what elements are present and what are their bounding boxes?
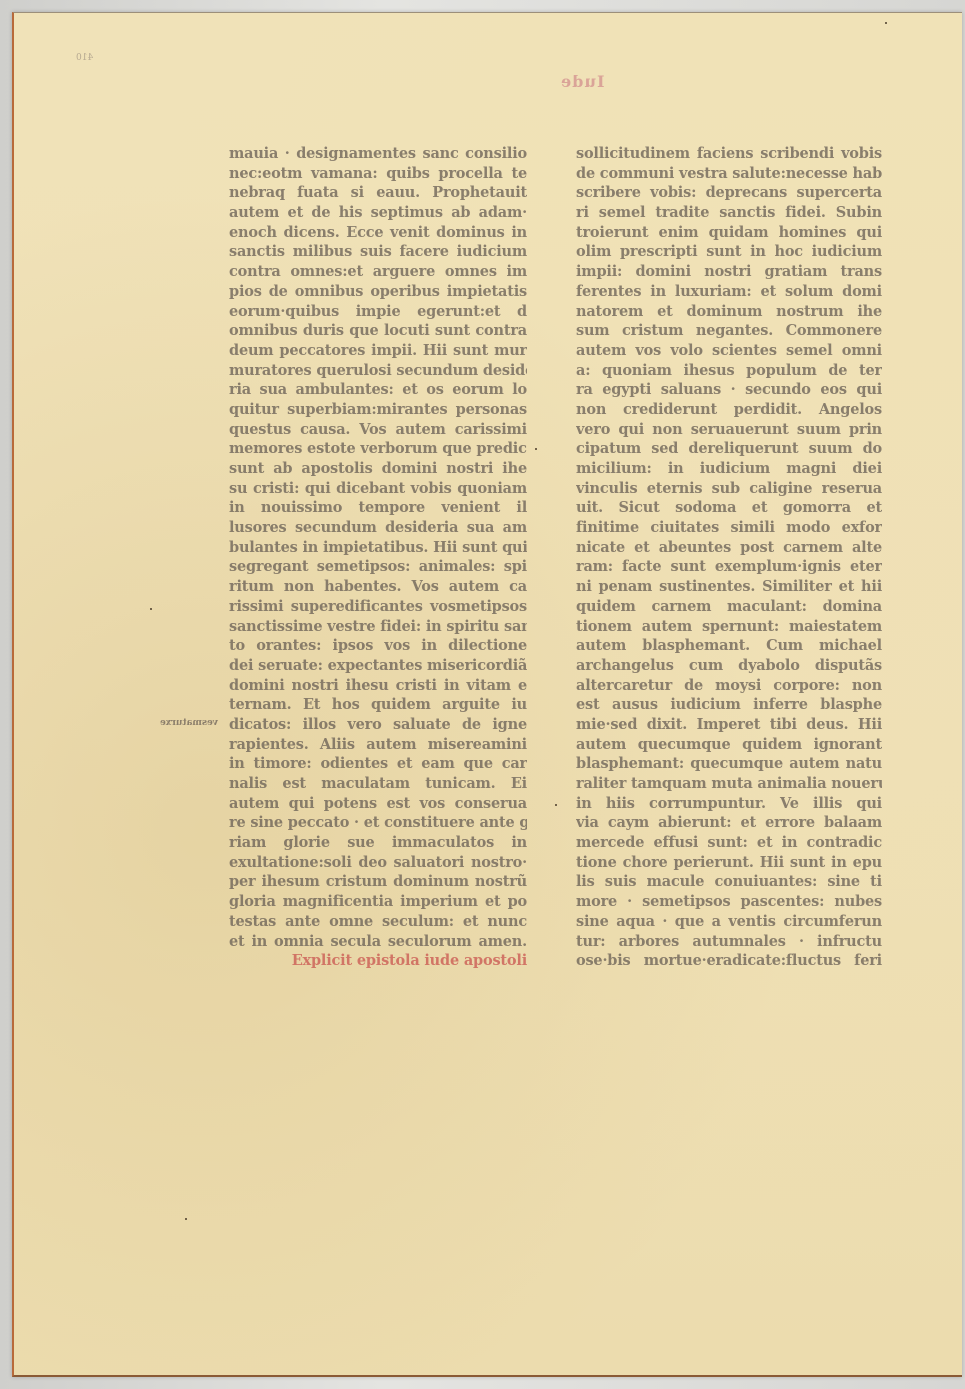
text-line: uit. Sicut sodoma et gomorra et [576, 498, 882, 518]
text-line: autem blasphemant. Cum michael [576, 636, 882, 656]
text-line: sunt ab apostolis domini nostri ihe [229, 459, 527, 479]
ink-speck [555, 804, 557, 806]
text-line: vinculis eternis sub caligine reserua [576, 479, 882, 499]
text-line: impii: domini nostri gratiam trans [576, 262, 882, 282]
text-column-right: sollicitudinem faciens scribendi vobisde… [576, 144, 882, 971]
text-line: est ausus iudicium inferre blasphe [576, 695, 882, 715]
text-column-left: mauia · designamentes sanc consilionec:e… [229, 144, 527, 971]
text-line: scribere vobis: deprecans supercerta [576, 183, 882, 203]
text-line: rapientes. Aliis autem misereamini [229, 735, 527, 755]
text-line: micilium: in iudicium magni diei [576, 459, 882, 479]
text-line: gloria magnificentia imperium et po [229, 892, 527, 912]
text-line: deum peccatores impii. Hii sunt mur [229, 341, 527, 361]
text-line: exultatione:soli deo saluatori nostro· [229, 853, 527, 873]
text-line: a: quoniam ihesus populum de ter [576, 361, 882, 381]
text-line: vero qui non seruauerunt suum prin [576, 420, 882, 440]
text-line: dicatos: illos vero saluate de igne [229, 715, 527, 735]
ink-speck [885, 22, 887, 24]
text-line: cipatum sed dereliquerunt suum do [576, 439, 882, 459]
text-line: ria sua ambulantes: et os eorum lo [229, 380, 527, 400]
text-line: eorum·quibus impie egerunt:et d [229, 302, 527, 322]
text-line: mie·sed dixit. Imperet tibi deus. Hii [576, 715, 882, 735]
text-line: sollicitudinem faciens scribendi vobis [576, 144, 882, 164]
text-line: tione chore perierunt. Hii sunt in epu [576, 853, 882, 873]
text-line: ni penam sustinentes. Similiter et hii [576, 577, 882, 597]
text-line: altercaretur de moysi corpore: non [576, 676, 882, 696]
text-line: riam glorie sue immaculatos in [229, 833, 527, 853]
text-line: segregant semetipsos: animales: spi [229, 557, 527, 577]
text-line: to orantes: ipsos vos in dilectione [229, 636, 527, 656]
text-line: tur: arbores autumnales · infructu [576, 932, 882, 952]
marginal-note: vesmaturxe [160, 718, 218, 728]
text-line: tionem autem spernunt: maiestatem [576, 617, 882, 637]
text-line: contra omnes:et arguere omnes im [229, 262, 527, 282]
text-line: blasphemant: quecumque autem natu [576, 754, 882, 774]
text-line: questus causa. Vos autem carissimi [229, 420, 527, 440]
text-line: autem vos volo scientes semel omni [576, 341, 882, 361]
text-line: pios de omnibus operibus impietatis [229, 282, 527, 302]
text-line: dei seruate: expectantes misericordiã [229, 656, 527, 676]
text-line: domini nostri ihesu cristi in vitam e [229, 676, 527, 696]
text-line: via caym abierunt: et errore balaam [576, 813, 882, 833]
text-line: lis suis macule conuiuantes: sine ti [576, 872, 882, 892]
text-line: archangelus cum dyabolo disputãs [576, 656, 882, 676]
text-line: omnibus duris que locuti sunt contra [229, 321, 527, 341]
text-line: memores estote verborum que predicta [229, 439, 527, 459]
text-line: rissimi superedificantes vosmetipsos [229, 597, 527, 617]
text-line: sanctissime vestre fidei: in spiritu san… [229, 617, 527, 637]
text-line: olim prescripti sunt in hoc iudicium [576, 242, 882, 262]
text-line: ternam. Et hos quidem arguite iu [229, 695, 527, 715]
text-line: raliter tamquam muta animalia nouerunt [576, 774, 882, 794]
text-line: in timore: odientes et eam que car [229, 754, 527, 774]
text-line: de communi vestra salute:necesse habui [576, 164, 882, 184]
text-line: troierunt enim quidam homines qui [576, 223, 882, 243]
text-line: muratores querulosi secundum desidè [229, 361, 527, 381]
text-line: quidem carnem maculant: domina [576, 597, 882, 617]
ink-speck [535, 448, 537, 450]
text-line: natorem et dominum nostrum ihe [576, 302, 882, 322]
text-line: mercede effusi sunt: et in contradic [576, 833, 882, 853]
text-line: ritum non habentes. Vos autem ca [229, 577, 527, 597]
text-line: su cristi: qui dicebant vobis quoniam [229, 479, 527, 499]
text-line: nicate et abeuntes post carnem alte [576, 538, 882, 558]
text-line: enoch dicens. Ecce venit dominus in [229, 223, 527, 243]
folio-number: 410 [76, 53, 93, 63]
text-line: ri semel tradite sanctis fidei. Subin [576, 203, 882, 223]
text-line: sine aqua · que a ventis circumferun [576, 912, 882, 932]
text-line: lusores secundum desideria sua am [229, 518, 527, 538]
text-line: sanctis milibus suis facere iudicium [229, 242, 527, 262]
text-line: nec:eotm vamana: quibs procella te [229, 164, 527, 184]
text-line: quitur superbiam:mirantes personas [229, 400, 527, 420]
text-line: more · semetipsos pascentes: nubes [576, 892, 882, 912]
text-line: et in omnia secula seculorum amen. [229, 932, 527, 952]
text-line: per ihesum cristum dominum nostrũ [229, 872, 527, 892]
text-line: mauia · designamentes sanc consilio [229, 144, 527, 164]
text-line: in nouissimo tempore venient il [229, 498, 527, 518]
text-line: in hiis corrumpuntur. Ve illis qui [576, 794, 882, 814]
rubric-explicit: Explicit epistola iude apostoli [229, 951, 527, 971]
ink-speck [185, 1218, 187, 1220]
text-line: sum cristum negantes. Commonere [576, 321, 882, 341]
text-line: autem qui potens est vos conserua [229, 794, 527, 814]
text-line: autem quecumque quidem ignorant [576, 735, 882, 755]
text-line: ra egypti saluans · secundo eos qui [576, 380, 882, 400]
text-line: autem et de his septimus ab adam· [229, 203, 527, 223]
text-line: nebraq fuata si eauu. Prophetauit [229, 183, 527, 203]
text-line: ram: facte sunt exemplum·ignis eter [576, 557, 882, 577]
text-line: ferentes in luxuriam: et solum domi [576, 282, 882, 302]
running-head: Iude [560, 72, 604, 91]
text-line: non crediderunt perdidit. Angelos [576, 400, 882, 420]
text-line: testas ante omne seculum: et nunc [229, 912, 527, 932]
text-line: bulantes in impietatibus. Hii sunt qui [229, 538, 527, 558]
text-line: re sine peccato · et constituere ante gl… [229, 813, 527, 833]
text-line: nalis est maculatam tunicam. Ei [229, 774, 527, 794]
ink-speck [150, 608, 152, 610]
text-line: ose·bis mortue·eradicate:fluctus feri [576, 951, 882, 971]
text-line: finitime ciuitates simili modo exfor [576, 518, 882, 538]
